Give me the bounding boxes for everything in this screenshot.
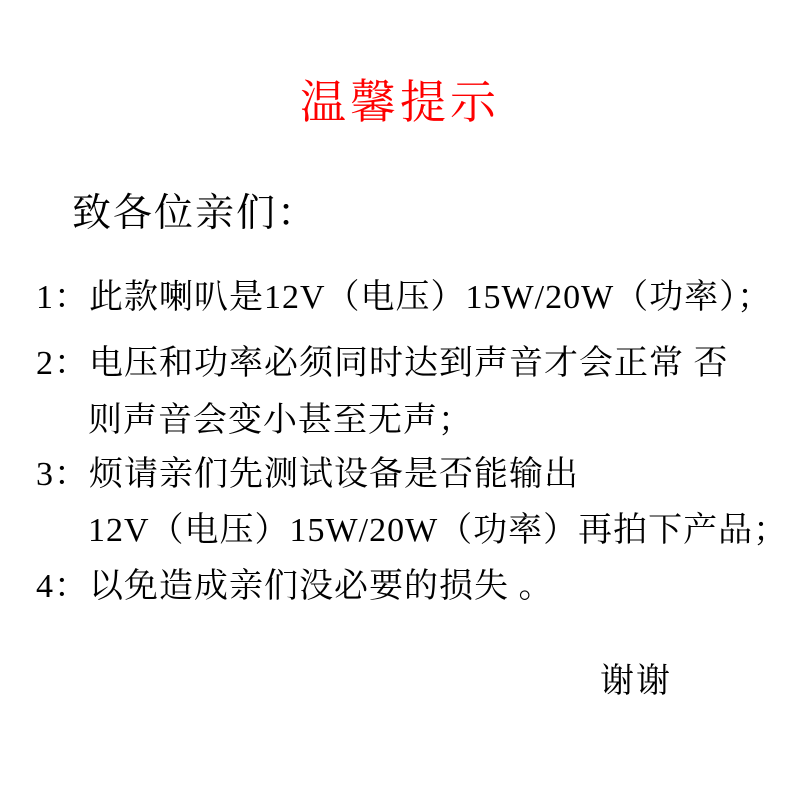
item-3-text-line-1: 烦请亲们先测试设备是否能输出 bbox=[89, 456, 579, 493]
notice-page: 温馨提示 致各位亲们： 1：此款喇叭是12V（电压）15W/20W（功率）； 2… bbox=[0, 0, 800, 800]
notice-title: 温馨提示 bbox=[0, 66, 800, 132]
list-item-4: 4：以免造成亲们没必要的损失 。 bbox=[36, 567, 554, 608]
list-item-2: 2：电压和功率必须同时达到声音才会正常 否 bbox=[36, 344, 729, 385]
item-1-text: 此款喇叭是12V（电压）15W/20W（功率）； bbox=[89, 279, 772, 316]
item-2-text-line-2: 则声音会变小甚至无声； bbox=[88, 402, 473, 439]
item-2-text-line-1: 电压和功率必须同时达到声音才会正常 否 bbox=[89, 345, 729, 382]
closing-thanks: 谢谢 bbox=[600, 653, 672, 702]
item-3-number: 3： bbox=[36, 455, 89, 496]
list-item-3-continuation: 12V（电压）15W/20W（功率）再拍下产品； bbox=[88, 511, 788, 552]
item-4-text: 以免造成亲们没必要的损失 。 bbox=[89, 568, 554, 605]
list-item-2-continuation: 则声音会变小甚至无声； bbox=[88, 401, 473, 442]
item-1-number: 1： bbox=[36, 278, 89, 319]
item-2-number: 2： bbox=[36, 344, 89, 385]
item-4-number: 4： bbox=[36, 567, 89, 608]
list-item-3: 3：烦请亲们先测试设备是否能输出 bbox=[36, 455, 579, 496]
list-item-1: 1：此款喇叭是12V（电压）15W/20W（功率）； bbox=[36, 278, 772, 319]
item-3-text-line-2: 12V（电压）15W/20W（功率）再拍下产品； bbox=[88, 512, 788, 549]
greeting-line: 致各位亲们： bbox=[72, 182, 318, 238]
